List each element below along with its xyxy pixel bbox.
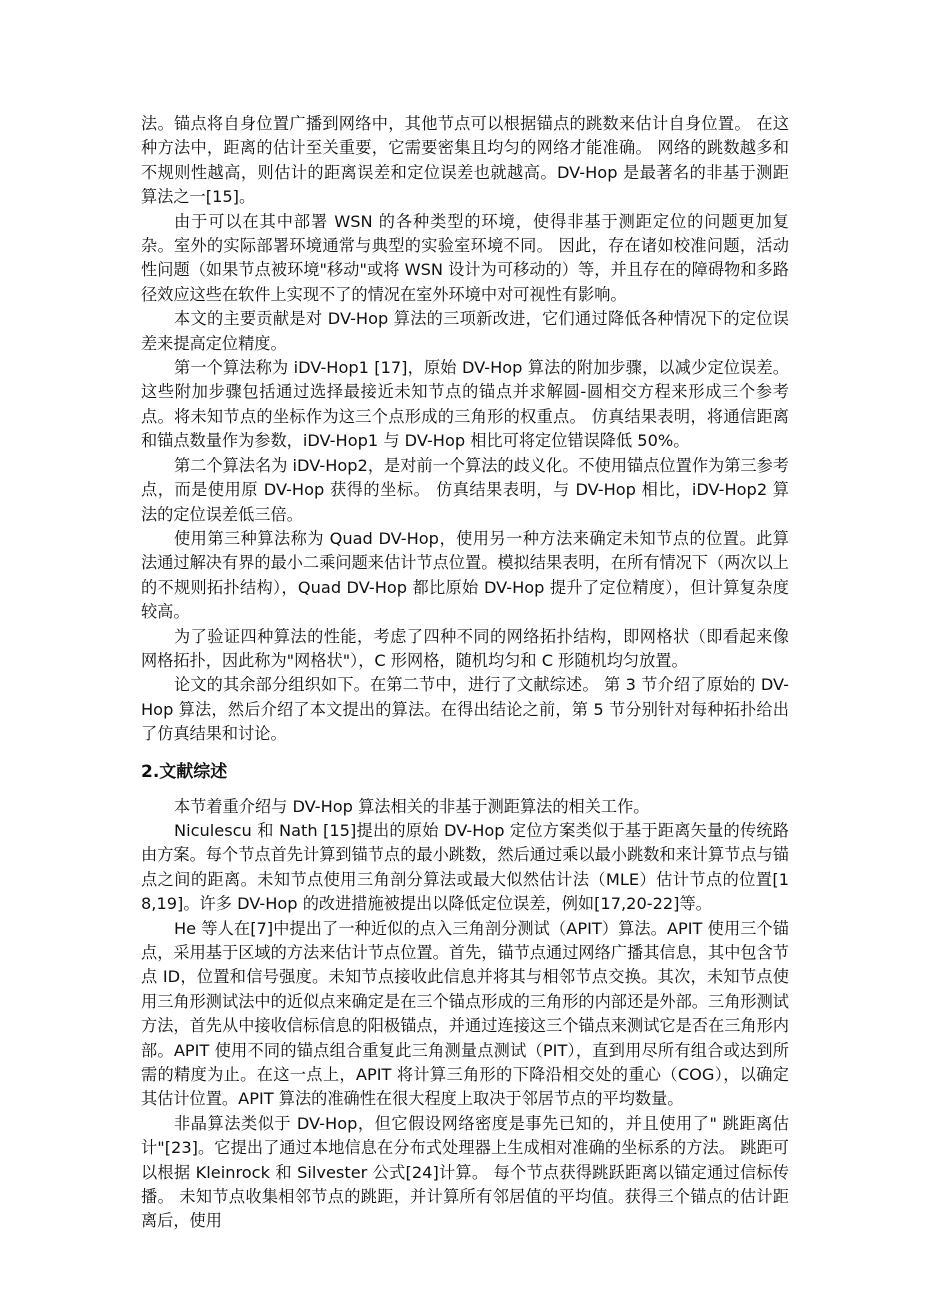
paragraph-amorphous: 非晶算法类似于 DV-Hop，但它假设网络密度是事先已知的，并且使用了" 跳距离…: [141, 1112, 789, 1234]
document-page: 法。锚点将自身位置广播到网络中，其他节点可以根据锚点的跳数来估计自身位置。 在这…: [141, 112, 789, 1234]
paragraph-idvhop2: 第二个算法名为 iDV-Hop2，是对前一个算法的歧义化。不使用锚点位置作为第三…: [141, 454, 789, 527]
paragraph-quad-dvhop: 使用第三种算法称为 Quad DV-Hop，使用另一种方法来确定未知节点的位置。…: [141, 527, 789, 625]
paragraph-organization: 论文的其余部分组织如下。在第二节中，进行了文献综述。 第 3 节介绍了原始的 D…: [141, 673, 789, 746]
paragraph-continuation: 法。锚点将自身位置广播到网络中，其他节点可以根据锚点的跳数来估计自身位置。 在这…: [141, 112, 789, 210]
section-2-body: 本节着重介绍与 DV-Hop 算法相关的非基于测距算法的相关工作。 Nicule…: [141, 795, 789, 1234]
section-heading-literature-review: 2.文献综述: [141, 759, 789, 785]
paragraph-apit: He 等人在[7]中提出了一种近似的点入三角剖分测试（APIT）算法。APIT …: [141, 917, 789, 1112]
paragraph-contributions: 本文的主要贡献是对 DV-Hop 算法的三项新改进，它们通过降低各种情况下的定位…: [141, 307, 789, 356]
paragraph-environment: 由于可以在其中部署 WSN 的各种类型的环境，使得非基于测距定位的问题更加复杂。…: [141, 210, 789, 308]
paragraph-original-dvhop: Niculescu 和 Nath [15]提出的原始 DV-Hop 定位方案类似…: [141, 819, 789, 917]
paragraph-section-intro: 本节着重介绍与 DV-Hop 算法相关的非基于测距算法的相关工作。: [141, 795, 789, 819]
paragraph-topologies: 为了验证四种算法的性能，考虑了四种不同的网络拓扑结构，即网格状（即看起来像网格拓…: [141, 625, 789, 674]
section-1-body: 法。锚点将自身位置广播到网络中，其他节点可以根据锚点的跳数来估计自身位置。 在这…: [141, 112, 789, 747]
paragraph-idvhop1: 第一个算法称为 iDV-Hop1 [17]，原始 DV-Hop 算法的附加步骤，…: [141, 356, 789, 454]
